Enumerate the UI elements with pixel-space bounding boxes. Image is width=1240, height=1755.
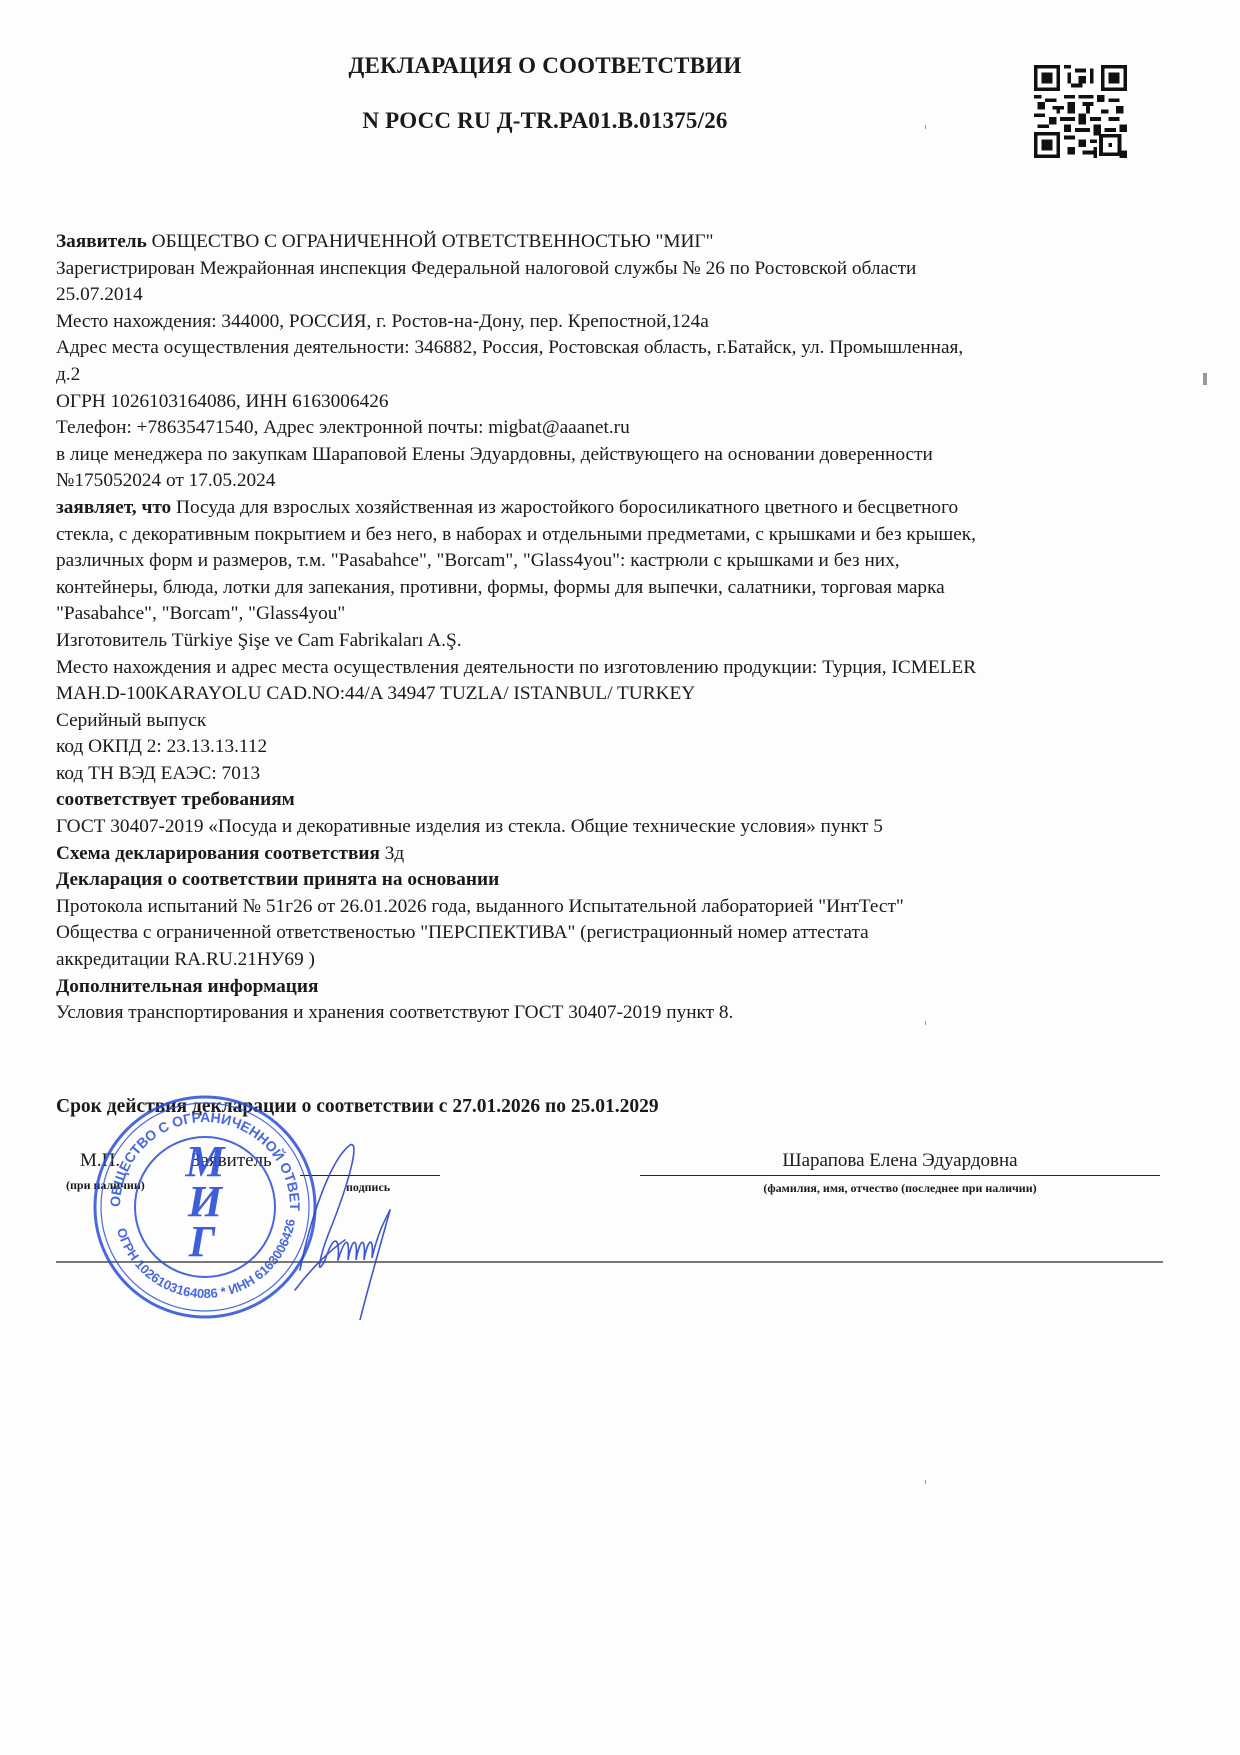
declares-label: заявляет, что	[56, 497, 171, 518]
basis-label: Декларация о соответствии принята на осн…	[56, 869, 499, 890]
qr-code-icon	[1034, 65, 1127, 158]
product-line1: заявляет, что Посуда для взрослых хозяйс…	[56, 495, 1166, 522]
okpd2-code: код ОКПД 2: 23.13.13.112	[56, 734, 1166, 761]
signature-icon	[290, 1120, 410, 1320]
additional-label: Дополнительная информация	[56, 976, 318, 997]
manufacturer: Изготовитель Türkiye Şişe ve Cam Fabrika…	[56, 628, 1166, 655]
declaration-body: Заявитель ОБЩЕСТВО С ОГРАНИЧЕННОЙ ОТВЕТС…	[56, 229, 1166, 1027]
additional-text: Условия транспортирования и хранения соо…	[56, 1000, 1166, 1027]
basis-line1: Протокола испытаний № 51г26 от 26.01.202…	[56, 894, 1166, 921]
basis-heading: Декларация о соответствии принята на осн…	[56, 867, 1166, 894]
declaration-number: N РОСС RU Д-TR.PA01.B.01375/26	[0, 108, 1090, 134]
complies-heading: соответствует требованиям	[56, 789, 295, 810]
product-line3: различных форм и размеров, т.м. "Pasabah…	[56, 548, 1166, 575]
basis-line2: Общества с ограниченной ответственостью …	[56, 920, 1166, 947]
scan-mark	[925, 1021, 926, 1025]
scan-mark	[1203, 373, 1207, 385]
scheme-label: Схема декларирования соответствия	[56, 843, 380, 864]
registration-date: 25.07.2014	[56, 282, 1166, 309]
signer-name-line	[640, 1175, 1160, 1176]
complies-label: соответствует требованиям	[56, 787, 1166, 814]
activity-address-line1: Адрес места осуществления деятельности: …	[56, 335, 1166, 362]
activity-address-line2: д.2	[56, 362, 1166, 389]
scan-mark	[925, 125, 926, 129]
scheme-line: Схема декларирования соответствия 3д	[56, 841, 1166, 868]
signer-note: (фамилия, имя, отчество (последнее при н…	[640, 1181, 1160, 1196]
basis-line3: аккредитации RA.RU.21НУ69 )	[56, 947, 1166, 974]
production-type: Серийный выпуск	[56, 708, 1166, 735]
tn-ved-code: код ТН ВЭД ЕАЭС: 7013	[56, 761, 1166, 788]
additional-heading: Дополнительная информация	[56, 974, 1166, 1001]
standard: ГОСТ 30407-2019 «Посуда и декоративные и…	[56, 814, 1166, 841]
ogrn-inn: ОГРН 1026103164086, ИНН 6163006426	[56, 389, 1166, 416]
applicant-name: ОБЩЕСТВО С ОГРАНИЧЕННОЙ ОТВЕТСТВЕННОСТЬЮ…	[152, 231, 714, 252]
applicant-line: Заявитель ОБЩЕСТВО С ОГРАНИЧЕННОЙ ОТВЕТС…	[56, 229, 1166, 256]
company-stamp-icon: ОБЩЕСТВО С ОГРАНИЧЕННОЙ ОТВЕТСТВЕННОСТЬЮ…	[92, 1094, 318, 1320]
stamp-letter-g: Г	[188, 1217, 216, 1266]
representative-line1: в лице менеджера по закупкам Шараповой Е…	[56, 442, 1166, 469]
applicant-location: Место нахождения: 344000, РОССИЯ, г. Рос…	[56, 309, 1166, 336]
product-text: Посуда для взрослых хозяйственная из жар…	[176, 497, 958, 518]
contacts: Телефон: +78635471540, Адрес электронной…	[56, 415, 1166, 442]
signer-name: Шарапова Елена Эдуардовна	[640, 1150, 1160, 1172]
document-title: ДЕКЛАРАЦИЯ О СООТВЕТСТВИИ	[0, 53, 1090, 79]
product-line2: стекла, с декоративным покрытием и без н…	[56, 522, 1166, 549]
scheme-value: 3д	[385, 843, 404, 864]
registration-line: Зарегистрирован Межрайонная инспекция Фе…	[56, 256, 1166, 283]
product-line4: контейнеры, блюда, лотки для запекания, …	[56, 575, 1166, 602]
applicant-label: Заявитель	[56, 231, 147, 252]
manufacturer-address-line2: MAH.D-100KARAYOLU CAD.NO:44/A 34947 TUZL…	[56, 681, 1166, 708]
product-line5: "Pasabahce", "Borcam", "Glass4you"	[56, 601, 1166, 628]
representative-line2: №175052024 от 17.05.2024	[56, 468, 1166, 495]
scan-mark	[925, 1480, 926, 1484]
manufacturer-address-line1: Место нахождения и адрес места осуществл…	[56, 655, 1166, 682]
